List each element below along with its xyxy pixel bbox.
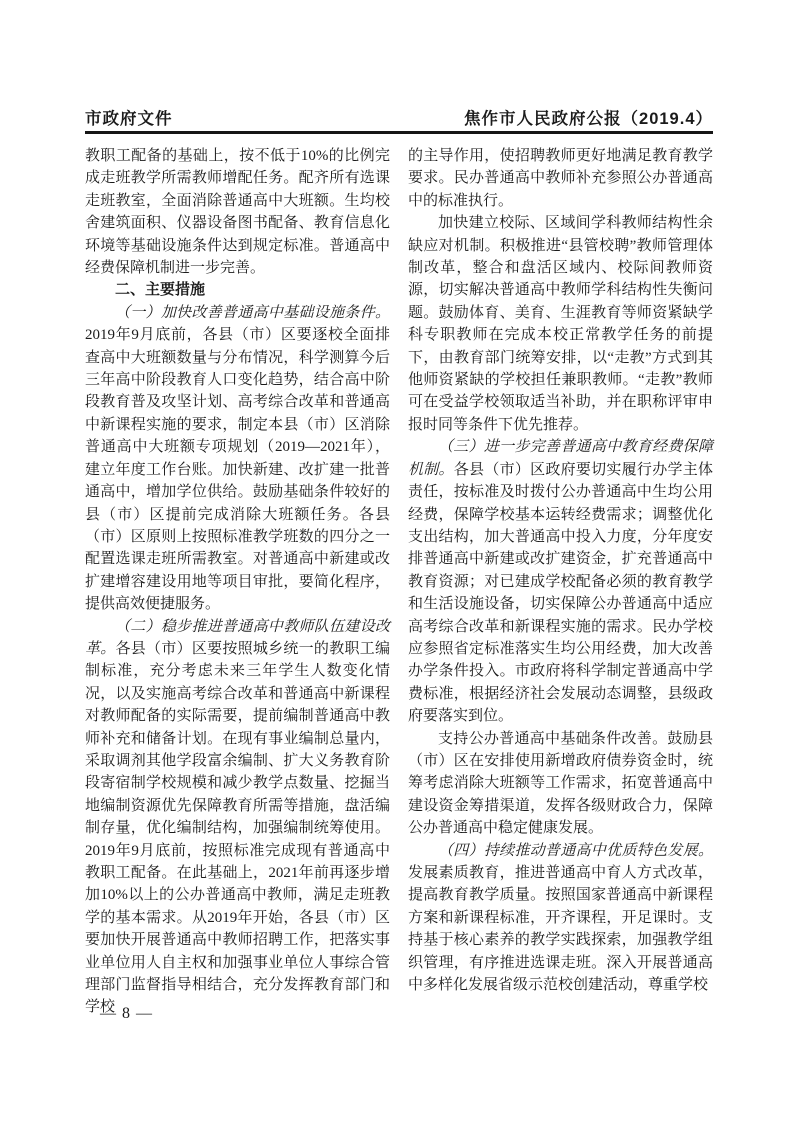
item-4-lead: （四）持续推动普通高中优质特色发展。 xyxy=(438,843,713,859)
paragraph-item-4: （四）持续推动普通高中优质特色发展。发展素质教育，推进普通高中育人方式改革，提高… xyxy=(408,840,713,997)
document-page: 市政府文件 焦作市人民政府公报（2019.4） 教职工配备的基础上，按不低于10… xyxy=(0,0,793,1122)
column-right: 的主导作用，使招聘教师更好地满足教育教学要求。民办普通高中教师补充参照公办普通高… xyxy=(408,145,713,1019)
item-2-body: 各县（市）区要按照城乡统一的教职工编制标准，充分考虑未来三年学生人数变化情况，以… xyxy=(85,641,390,1016)
item-4-body: 发展素质教育，推进普通高中育人方式改革，提高教育教学质量。按照国家普通高中新课程… xyxy=(408,865,713,993)
header-doc-category: 市政府文件 xyxy=(85,105,173,129)
paragraph-teacher-structure: 加快建立校际、区域间学科教师结构性余缺应对机制。积极推进“县管校聘”教师管理体制… xyxy=(408,212,713,436)
section-heading-main-measures: 二、主要措施 xyxy=(85,279,390,301)
paragraph-item-1: （一）加快改善普通高中基础设施条件。2019年9月底前，各县（市）区要逐校全面排… xyxy=(85,302,390,616)
paragraph-funding-support: 支持公办普通高中基础条件改善。鼓励县（市）区在安排使用新增政府债券资金时，统筹考… xyxy=(408,728,713,840)
page-header: 市政府文件 焦作市人民政府公报（2019.4） xyxy=(85,105,713,129)
article-body: 教职工配备的基础上，按不低于10%的比例完成走班教学所需教师增配任务。配齐所有选… xyxy=(85,145,713,1019)
item-1-body: 2019年9月底前，各县（市）区要逐校全面排查高中大班额数量与分布情况，科学测算… xyxy=(85,327,390,612)
item-1-lead: （一）加快改善普通高中基础设施条件。 xyxy=(115,305,390,321)
column-left: 教职工配备的基础上，按不低于10%的比例完成走班教学所需教师增配任务。配齐所有选… xyxy=(85,145,390,1019)
paragraph-item-2: （二）稳步推进普通高中教师队伍建设改革。各县（市）区要按照城乡统一的教职工编制标… xyxy=(85,616,390,1019)
paragraph-continuation-left-column: 的主导作用，使招聘教师更好地满足教育教学要求。民办普通高中教师补充参照公办普通高… xyxy=(408,145,713,212)
paragraph-item-3: （三）进一步完善普通高中教育经费保障机制。各县（市）区政府要切实履行办学主体责任… xyxy=(408,436,713,727)
item-3-body: 各县（市）区政府要切实履行办学主体责任，按标准及时拨付公办普通高中生均公用经费，… xyxy=(408,462,713,724)
header-gazette-title: 焦作市人民政府公报（2019.4） xyxy=(464,105,713,129)
paragraph-continuation-prev-page: 教职工配备的基础上，按不低于10%的比例完成走班教学所需教师增配任务。配齐所有选… xyxy=(85,145,390,279)
page-number: — 8 — xyxy=(100,1005,153,1023)
header-rule xyxy=(85,131,713,134)
